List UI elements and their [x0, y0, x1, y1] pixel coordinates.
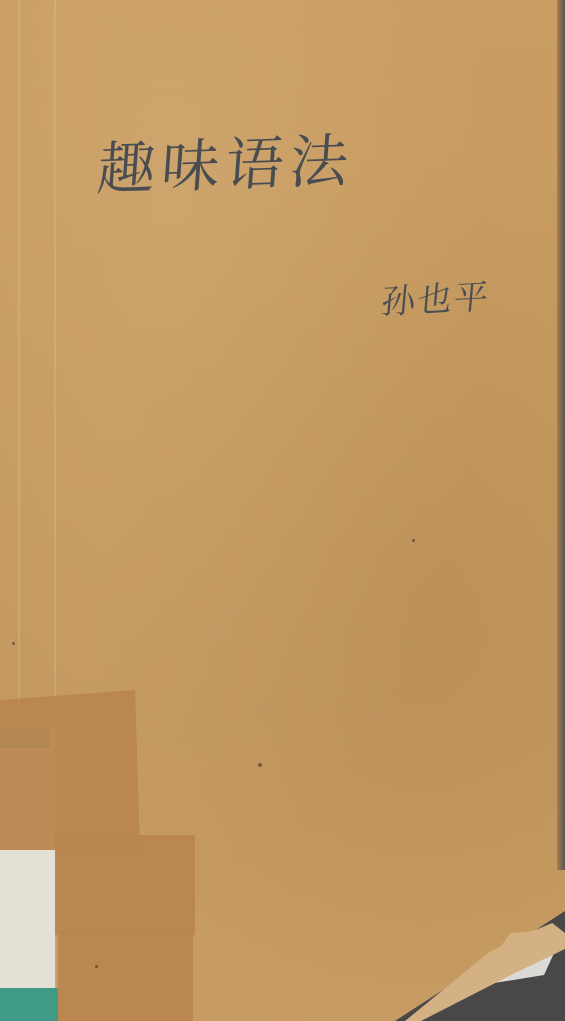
- stain-speck: [412, 539, 415, 542]
- repair-tape: [0, 690, 140, 850]
- repair-tape: [58, 930, 193, 1021]
- repair-tape: [55, 835, 195, 935]
- stain-speck: [258, 763, 262, 767]
- book-cover: 趣味语法 孙也平: [0, 0, 565, 1021]
- stain-speck: [95, 965, 98, 968]
- stain-speck: [12, 642, 15, 645]
- handwritten-author: 孙也平: [380, 269, 493, 324]
- handwritten-title: 趣味语法: [95, 114, 358, 207]
- spine-label-green-band-bottom: [0, 988, 58, 1021]
- cover-right-edge: [557, 0, 565, 870]
